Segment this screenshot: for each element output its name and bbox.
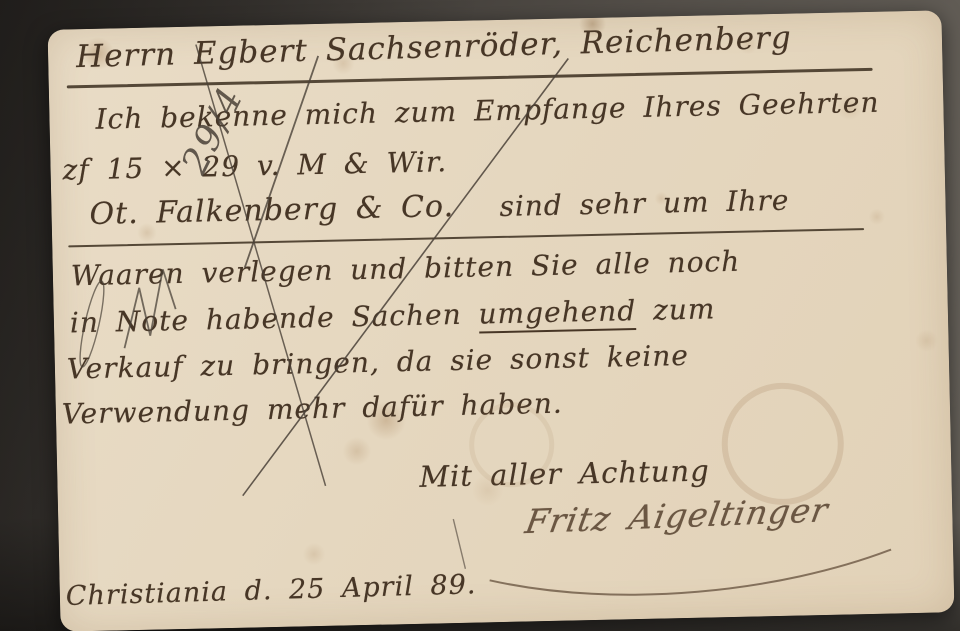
body-line-4: Waaren verlegen und bitten Sie alle noch — [71, 245, 741, 293]
signature: Fritz Aigeltinger — [522, 490, 831, 541]
signature-flourish — [489, 550, 892, 598]
body-line-3b: sind sehr um Ihre — [499, 184, 790, 223]
body-line-5-pre: in Note habende Sachen — [70, 297, 479, 339]
body-line-1: Ich bekenne mich zum Empfange Ihres Geeh… — [95, 86, 880, 136]
body-line-5-post: zum — [636, 292, 716, 327]
closing-line: Mit aller Achtung — [419, 453, 710, 493]
printed-rule-middle — [68, 228, 864, 247]
faint-embossed-stamp — [723, 385, 842, 504]
dateline: Christiania d. 25 April 89. — [65, 569, 476, 612]
postcard: Herrn Egbert Sachsenröder, Reichenberg I… — [48, 10, 955, 631]
body-line-2: zf 15 × 29 v. M & Wir. — [62, 145, 447, 186]
body-line-7: Verwendung mehr dafür haben. — [62, 387, 563, 431]
photo-background: Herrn Egbert Sachsenröder, Reichenberg I… — [0, 0, 960, 631]
recipient-line: Herrn Egbert Sachsenröder, Reichenberg — [76, 20, 793, 75]
body-line-5: in Note habende Sachen umgehend zum — [70, 292, 716, 339]
body-line-5-underlined-word: umgehend — [478, 294, 636, 333]
firm-name: Ot. Falkenberg & Co. — [89, 189, 454, 232]
body-line-6: Verkauf zu bringen, da sie sonst keine — [67, 339, 690, 386]
stray-pencil-slash — [453, 519, 465, 569]
